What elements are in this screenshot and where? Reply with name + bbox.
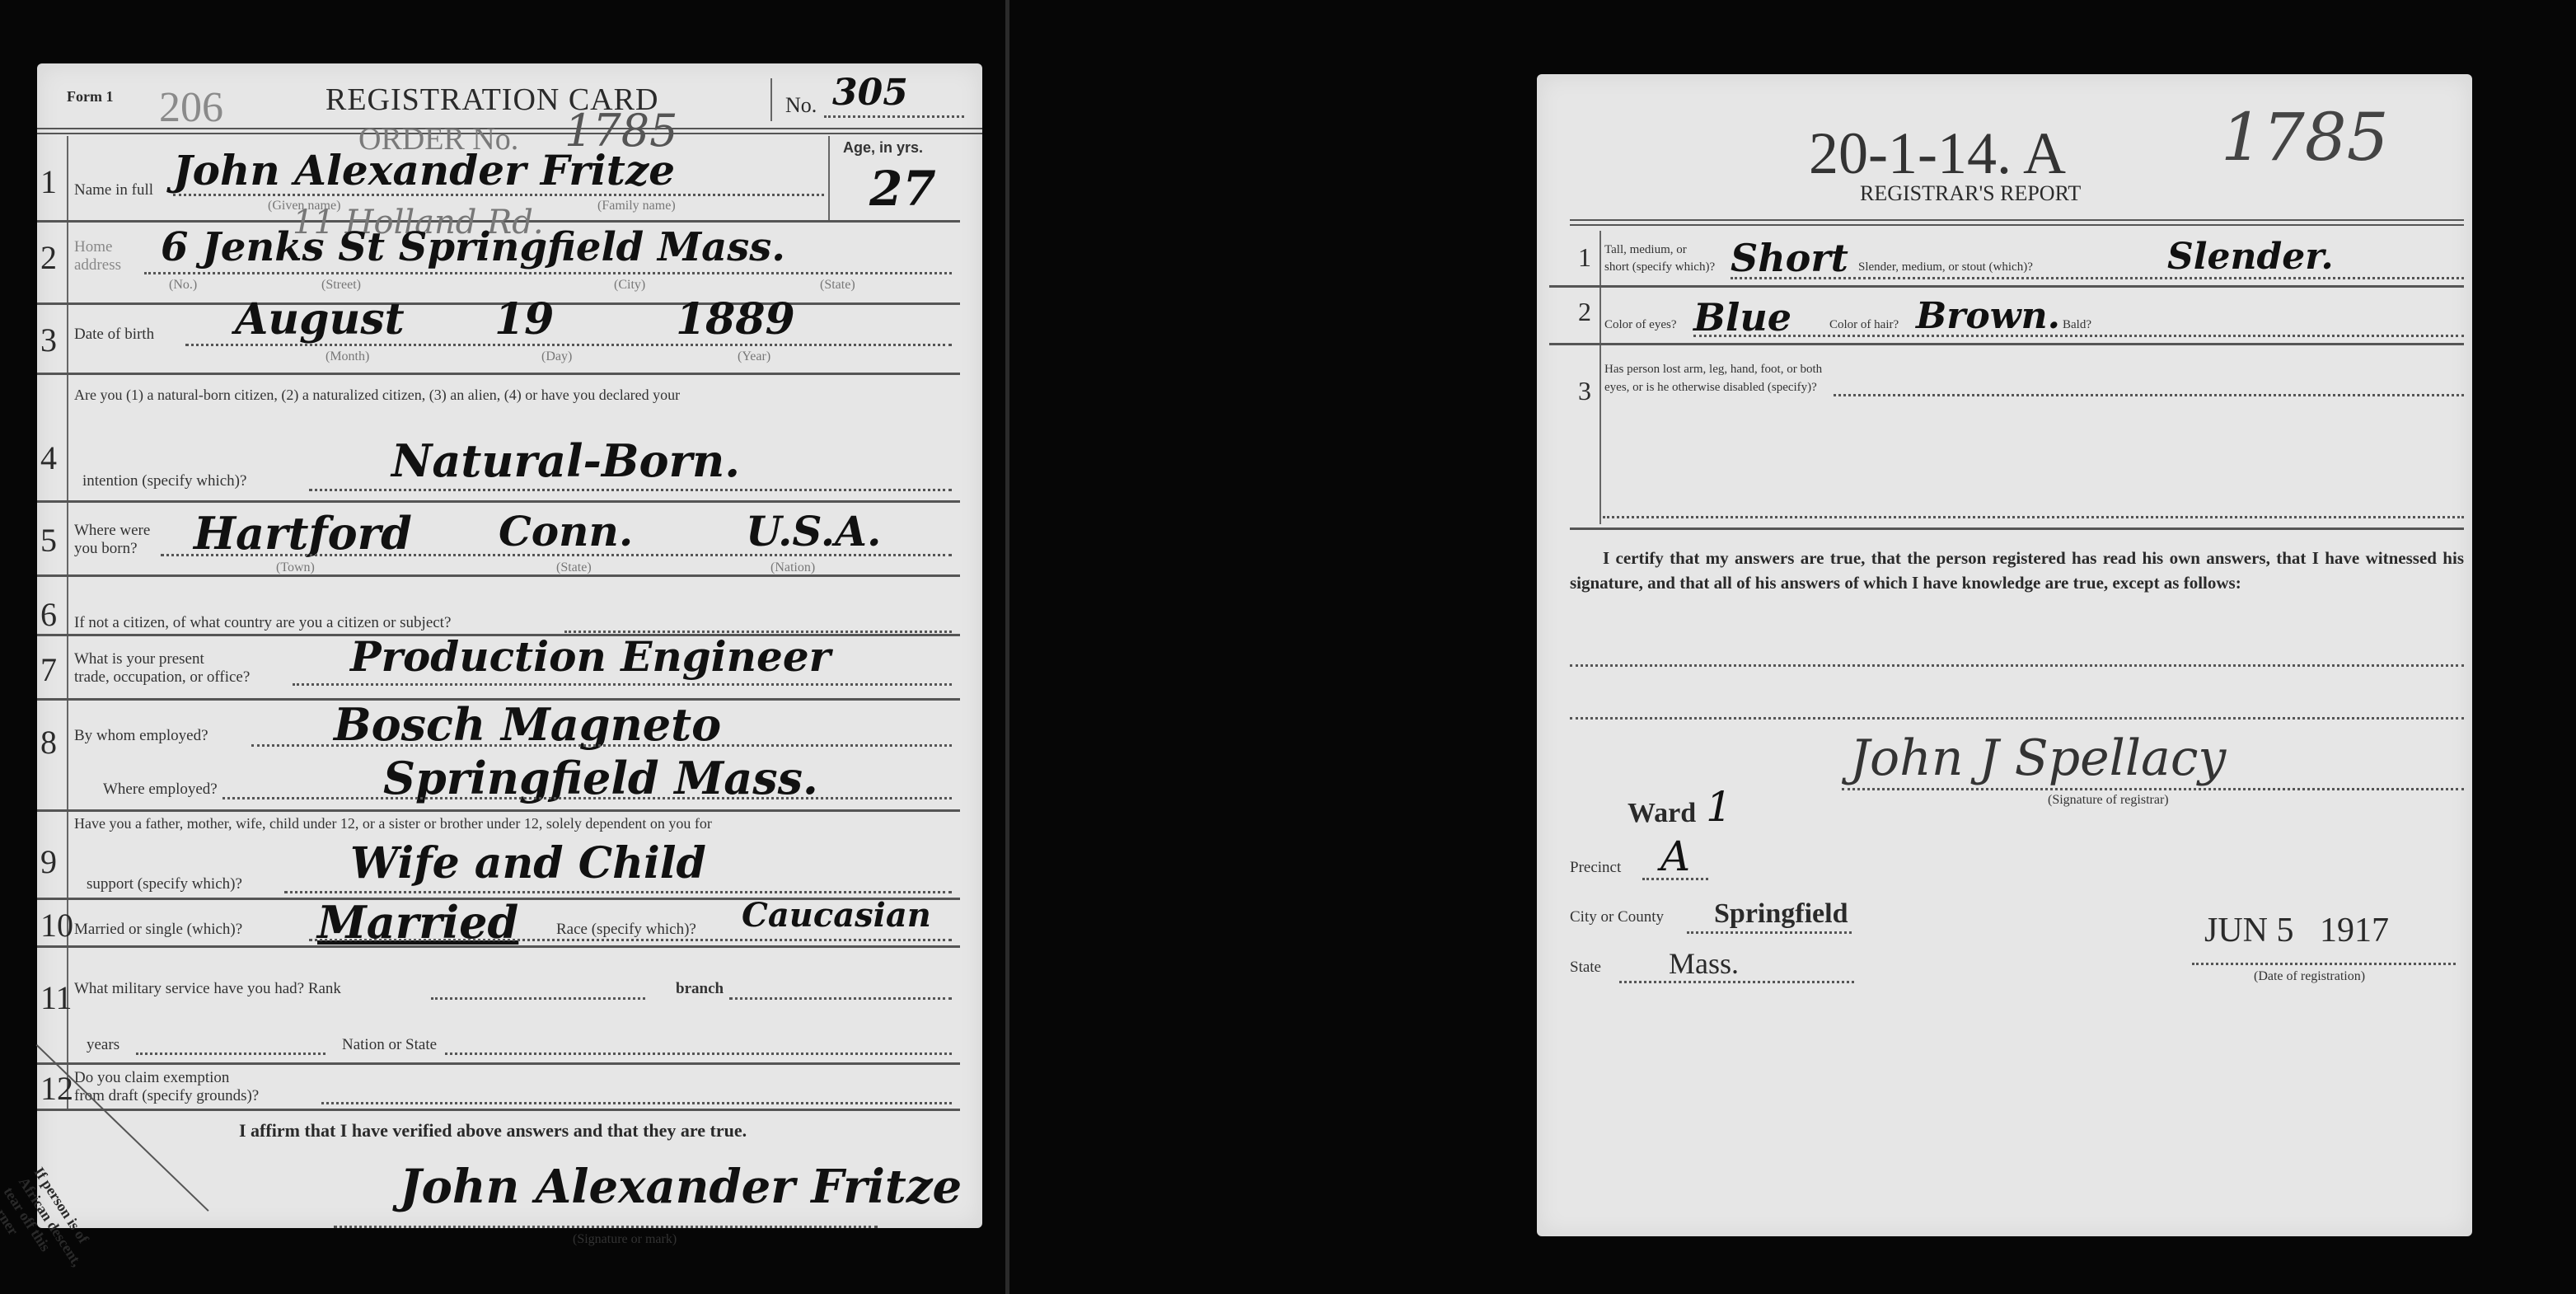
stamp-number: 206 (159, 83, 223, 132)
registrars-report-card: 20-1-14. A 1785 REGISTRAR'S REPORT 1 Tal… (1537, 74, 2472, 1236)
address-label: address (74, 256, 121, 274)
height-value[interactable]: Short (1731, 236, 1848, 280)
sublabel: (Family name) (597, 199, 676, 213)
dependents-question: Have you a father, mother, wife, child u… (74, 815, 712, 832)
registrant-signature: John Alexander Fritze (400, 1160, 962, 1214)
report-title: REGISTRAR'S REPORT (1860, 181, 2081, 206)
exemption-label2: from draft (specify grounds)? (74, 1087, 259, 1105)
build-value[interactable]: Slender. (2167, 236, 2334, 278)
birth-month[interactable]: August (235, 294, 405, 345)
sublabel: (Nation) (770, 560, 815, 575)
registration-card: Form 1 206 REGISTRATION CARD No. 305 ORD… (37, 63, 982, 1228)
marital-label: Married or single (which)? (74, 921, 242, 939)
home-address-value[interactable]: 6 Jenks St Springfield Mass. (161, 224, 785, 270)
row-number: 1 (1578, 242, 1591, 273)
home-label: Home (74, 238, 112, 256)
microfilm-divider (1005, 0, 1009, 1294)
row-number: 6 (40, 595, 57, 634)
city-value[interactable]: Springfield (1714, 898, 1848, 930)
birthplace-label2: you born? (74, 540, 138, 558)
serial-number: 20-1-14. A (1809, 120, 2066, 188)
occupation-label: What is your present (74, 650, 204, 668)
date-label: (Date of registration) (2254, 969, 2365, 984)
city-label: City or County (1570, 908, 1664, 926)
registration-date: JUN 5 1917 (2204, 911, 2389, 950)
sublabel: (Month) (326, 349, 369, 364)
name-value[interactable]: John Alexander Fritze (173, 146, 675, 195)
ward-value[interactable]: 1 (1706, 783, 1732, 831)
state-label: State (1570, 959, 1601, 977)
row-number: 3 (1578, 376, 1591, 406)
precinct-label: Precinct (1570, 859, 1621, 877)
employer-value[interactable]: Bosch Magneto (334, 698, 721, 751)
row-number: 1 (40, 162, 57, 201)
sublabel: (No.) (169, 278, 197, 293)
row-number: 4 (40, 438, 57, 477)
sublabel: (State) (556, 560, 592, 575)
military-label: What military service have you had? Rank (74, 980, 341, 998)
height-label: Tall, medium, or (1604, 243, 1687, 257)
height-label2: short (specify which)? (1604, 260, 1715, 274)
hair-color-label: Color of hair? (1829, 318, 1899, 332)
race-value[interactable]: Caucasian (742, 896, 931, 935)
row-number: 2 (40, 238, 57, 277)
sublabel: (City) (614, 278, 645, 293)
name-label: Name in full (74, 181, 153, 199)
state-value[interactable]: Mass. (1669, 946, 1739, 981)
years-label: years (87, 1036, 119, 1054)
eye-color-label: Color of eyes? (1604, 318, 1676, 332)
row-number: 10 (40, 906, 73, 945)
support-label: support (specify which)? (87, 875, 242, 893)
row-number: 5 (40, 521, 57, 560)
ward-label: Ward (1628, 798, 1696, 829)
row-number: 3 (40, 321, 57, 359)
occupation-value[interactable]: Production Engineer (350, 632, 831, 681)
signature-label: (Signature or mark) (573, 1232, 677, 1247)
foreign-citizen-label: If not a citizen, of what country are yo… (74, 614, 451, 632)
employer-label: By whom employed? (74, 727, 208, 745)
sublabel: (Day) (541, 349, 572, 364)
employment-place-label: Where employed? (103, 781, 218, 799)
number-label: No. (785, 93, 817, 118)
branch-label: branch (676, 980, 724, 998)
birth-town[interactable]: Hartford (194, 507, 412, 560)
sublabel: (Year) (738, 349, 770, 364)
exemption-label: Do you claim exemption (74, 1069, 229, 1087)
build-label: Slender, medium, or stout (which)? (1858, 260, 2033, 274)
registrar-signature: John J Spellacy (1850, 729, 2226, 787)
birth-nation[interactable]: U.S.A. (746, 507, 881, 556)
affirmation-text: I affirm that I have verified above answ… (239, 1120, 747, 1142)
certification-text: I certify that my answers are true, that… (1570, 546, 2464, 595)
citizenship-question: Are you (1) a natural-born citizen, (2) … (74, 387, 680, 404)
birthplace-label: Where were (74, 522, 150, 540)
form-label: Form 1 (67, 88, 113, 105)
corner-note: If person is of African descent, tear of… (0, 1164, 101, 1290)
dependents-value[interactable]: Wife and Child (350, 838, 706, 888)
bald-label: Bald? (2063, 318, 2091, 332)
occupation-label2: trade, occupation, or office? (74, 668, 250, 687)
nation-state-label: Nation or State (342, 1036, 437, 1054)
disability-label2: eyes, or is he otherwise disabled (speci… (1604, 381, 1817, 395)
sublabel: (State) (820, 278, 855, 293)
hair-color-value[interactable]: Brown. (1916, 295, 2060, 337)
row-number: 8 (40, 723, 57, 762)
birth-year[interactable]: 1889 (676, 294, 795, 345)
row-number: 2 (1578, 297, 1591, 327)
row-number: 9 (40, 842, 57, 881)
eye-color-value[interactable]: Blue (1693, 295, 1791, 340)
serial-handwritten: 1785 (2221, 99, 2389, 176)
intention-label: intention (specify which)? (82, 472, 246, 490)
sublabel: (Street) (321, 278, 361, 293)
race-label: Race (specify which)? (556, 921, 696, 939)
citizenship-value[interactable]: Natural-Born. (391, 434, 740, 487)
birth-day[interactable]: 19 (494, 294, 554, 345)
dob-label: Date of birth (74, 326, 154, 344)
row-number: 11 (40, 978, 73, 1017)
sublabel: (Town) (276, 560, 315, 575)
precinct-value[interactable]: A (1660, 832, 1690, 880)
row-number: 7 (40, 650, 57, 689)
age-label: Age, in yrs. (843, 139, 923, 157)
disability-label: Has person lost arm, leg, hand, foot, or… (1604, 363, 1822, 377)
birth-state[interactable]: Conn. (499, 507, 633, 556)
registrar-signature-label: (Signature of registrar) (2048, 793, 2169, 808)
age-value[interactable]: 27 (869, 161, 936, 217)
card-number: 305 (832, 72, 908, 114)
